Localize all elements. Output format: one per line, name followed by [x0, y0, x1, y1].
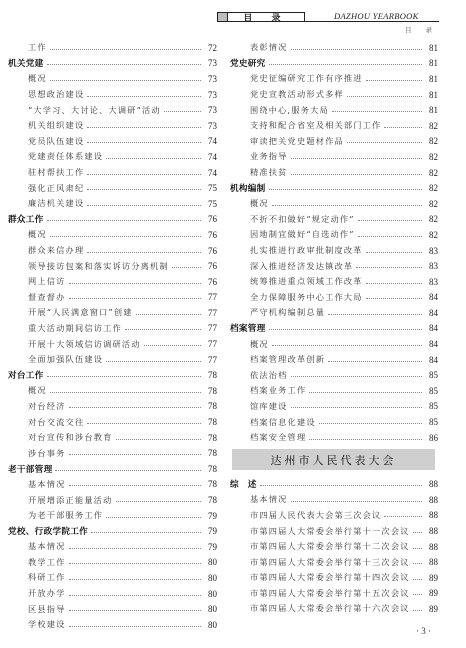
toc-page-number: 84: [422, 339, 438, 349]
toc-section-entry[interactable]: 党校、行政学院工作79: [8, 523, 217, 539]
toc-entry-title: 市第四届人大常委会举行第十四次会议: [230, 572, 413, 583]
dot-leader: [69, 548, 201, 549]
dot-leader: [144, 345, 201, 346]
toc-entry[interactable]: 学校建设80: [8, 617, 217, 633]
toc-entry[interactable]: 对台经济78: [8, 399, 217, 415]
toc-entry-title: 全力保障服务中心工作大局: [230, 292, 366, 303]
toc-entry[interactable]: 重大活动期间信访工作77: [8, 321, 217, 337]
toc-page-number: 88: [422, 479, 438, 489]
toc-entry-title: 档案业务工作: [230, 385, 309, 396]
dot-leader: [358, 236, 422, 237]
dot-leader: [164, 111, 201, 112]
toc-entry[interactable]: 对台交流交往78: [8, 414, 217, 430]
toc-entry[interactable]: 工作72: [8, 40, 217, 56]
dot-leader: [319, 423, 422, 424]
toc-entry-title: 基本情况: [8, 479, 69, 490]
dot-leader: [172, 267, 201, 268]
toc-entry-title: 工作: [8, 42, 50, 53]
toc-entry-title: 科研工作: [8, 572, 69, 583]
dot-leader: [291, 158, 422, 159]
toc-entry[interactable]: 依法治档85: [230, 367, 438, 383]
toc-page-number: 86: [422, 433, 438, 443]
toc-page-number: 78: [201, 464, 217, 474]
toc-page-number: 81: [422, 74, 438, 84]
toc-entry[interactable]: 基本情况78: [8, 477, 217, 493]
toc-left-column: 工作72机关党建73概况73思想政治建设73“大学习、大讨论、大调研”活动73机…: [8, 40, 217, 633]
dot-leader: [272, 345, 422, 346]
toc-entry[interactable]: 业务指导82: [230, 149, 438, 165]
toc-page-number: 83: [422, 246, 438, 256]
dot-leader: [347, 142, 422, 143]
dot-leader: [91, 532, 201, 533]
toc-page-number: 77: [201, 355, 217, 365]
toc-entry-title: 机构编制: [230, 182, 269, 194]
toc-page-number: 82: [422, 199, 438, 209]
dot-leader: [69, 626, 201, 627]
toc-page-number: 76: [201, 261, 217, 271]
toc-page-number: 88: [422, 495, 438, 505]
toc-entry[interactable]: 统筹推进重点领域工作改革83: [230, 274, 438, 290]
toc-page-number: 85: [422, 370, 438, 380]
toc-page-number: 74: [201, 168, 217, 178]
dot-leader: [69, 563, 201, 564]
page-number: · 3 ·: [416, 626, 431, 636]
toc-entry-title: 基本情况: [8, 541, 69, 552]
toc-entry[interactable]: 馆库建设85: [230, 399, 438, 415]
toc-entry[interactable]: 对台宣传和涉台教育78: [8, 430, 217, 446]
dot-leader: [69, 485, 201, 486]
toc-section-entry[interactable]: 对台工作78: [8, 367, 217, 383]
toc-entry-title: 对台工作: [8, 369, 47, 381]
toc-page-number: 78: [201, 417, 217, 427]
dot-leader: [332, 111, 422, 112]
toc-entry-title: 概况: [8, 385, 50, 396]
toc-page-number: 81: [422, 58, 438, 68]
toc-page-number: 72: [201, 43, 217, 53]
toc-section-entry[interactable]: 机关党建73: [8, 56, 217, 72]
dot-leader: [309, 439, 422, 440]
header-yearbook-title: DAZHOU YEARBOOK: [334, 11, 419, 21]
toc-right-column: 表彰情况81党史研究81党史征编研究工作有序推进81党史宣教活动形式多样81围绕…: [230, 40, 438, 617]
toc-page-number: 82: [422, 230, 438, 240]
toc-entry-title: 市第四届人大常委会举行第十一次会议: [230, 526, 413, 537]
toc-section-entry[interactable]: 机构编制82: [230, 180, 438, 196]
toc-page-number: 81: [422, 43, 438, 53]
dot-leader: [87, 423, 201, 424]
toc-entry[interactable]: 市第四届人大常委会举行第十一次会议88: [230, 523, 438, 539]
toc-entry[interactable]: 开展“人民满意窗口”创建77: [8, 305, 217, 321]
dot-leader: [366, 283, 422, 284]
toc-page-number: 79: [201, 526, 217, 536]
dot-leader: [260, 485, 422, 486]
toc-entry[interactable]: 群众来信办理76: [8, 243, 217, 259]
toc-page-number: 73: [201, 90, 217, 100]
toc-page-number: 88: [422, 526, 438, 536]
toc-page-number: 81: [422, 90, 438, 100]
toc-page-number: 80: [201, 604, 217, 614]
toc-page-number: 78: [201, 370, 217, 380]
toc-entry-title: 对台宣传和涉台教育: [8, 432, 116, 443]
dot-leader: [269, 329, 422, 330]
dot-leader: [87, 205, 201, 206]
dot-leader: [384, 516, 422, 517]
toc-entry-title: 档案管理: [230, 322, 269, 334]
toc-page-number: 73: [201, 105, 217, 115]
dot-leader: [413, 610, 422, 611]
dot-leader: [347, 96, 422, 97]
toc-entry[interactable]: 党员队伍建设74: [8, 134, 217, 150]
toc-page-number: 82: [422, 183, 438, 193]
toc-page-number: 80: [201, 620, 217, 630]
toc-entry[interactable]: 开展增添正能量活动78: [8, 492, 217, 508]
toc-entry-title: 基本情况: [230, 494, 291, 505]
dot-leader: [47, 64, 201, 65]
toc-entry-title: “大学习、大讨论、大调研”活动: [8, 105, 164, 116]
dot-leader: [366, 298, 422, 299]
toc-page-number: 82: [422, 136, 438, 146]
toc-page-number: 83: [422, 261, 438, 271]
dot-leader: [291, 376, 422, 377]
toc-entry[interactable]: 支持和配合省室及相关部门工作82: [230, 118, 438, 134]
toc-entry[interactable]: 基本情况79: [8, 539, 217, 555]
toc-entry[interactable]: 党史宣教活动形式多样81: [230, 87, 438, 103]
toc-entry-title: 市第四届人大常委会举行第十五次会议: [230, 588, 413, 599]
toc-entry-title: 综 述: [230, 478, 260, 490]
toc-entry-title: 业务指导: [230, 151, 291, 162]
toc-entry[interactable]: 市第四届人大常委会举行第十四次会议89: [230, 570, 438, 586]
dot-leader: [136, 314, 201, 315]
dot-leader: [328, 314, 422, 315]
toc-section-entry[interactable]: 综 述88: [230, 476, 438, 492]
toc-entry-title: 档案管理改革创新: [230, 354, 328, 365]
dot-leader: [87, 96, 201, 97]
toc-entry-title: 概况: [230, 339, 272, 350]
toc-entry-title: 党史研究: [230, 57, 269, 69]
dot-leader: [87, 189, 201, 190]
toc-entry-title: 市第四届人大常委会举行第十三次会议: [230, 557, 413, 568]
toc-entry-title: 强化正风肃纪: [8, 183, 87, 194]
toc-entry[interactable]: 基本情况88: [230, 492, 438, 508]
toc-entry-title: 档案安全管理: [230, 432, 309, 443]
toc-entry-title: 开放办学: [8, 588, 69, 599]
toc-page-number: 85: [422, 417, 438, 427]
toc-entry[interactable]: 驻村帮扶工作74: [8, 165, 217, 181]
toc-entry-title: 精准扶贫: [230, 167, 291, 178]
toc-entry-title: 涉台事务: [8, 448, 69, 459]
dot-leader: [413, 579, 422, 580]
dot-leader: [69, 283, 201, 284]
toc-entry[interactable]: 督查督办77: [8, 290, 217, 306]
toc-entry-title: 严守机构编制总量: [230, 307, 328, 318]
dot-leader: [69, 407, 201, 408]
dot-leader: [125, 329, 201, 330]
dot-leader: [366, 252, 422, 253]
toc-entry-title: 党建责任体系建设: [8, 151, 106, 162]
toc-entry-title: 党史宣教活动形式多样: [230, 89, 347, 100]
dot-leader: [269, 64, 422, 65]
dot-leader: [50, 392, 201, 393]
toc-page-number: 83: [422, 277, 438, 287]
header-section-label: 目 录: [405, 25, 438, 34]
dot-leader: [413, 532, 422, 533]
toc-entry-title: 督查督办: [8, 292, 69, 303]
toc-entry-title: 概况: [230, 198, 272, 209]
toc-entry-title: 党校、行政学院工作: [8, 525, 91, 537]
toc-section-entry[interactable]: 党史研究81: [230, 56, 438, 72]
toc-page-number: 77: [201, 292, 217, 302]
toc-entry[interactable]: 开展十大领域信访调研活动77: [8, 336, 217, 352]
dot-leader: [50, 80, 201, 81]
toc-entry-title: 学校建设: [8, 619, 69, 630]
dot-leader: [291, 174, 422, 175]
toc-entry[interactable]: 机关组织建设73: [8, 118, 217, 134]
dot-leader: [358, 220, 422, 221]
toc-entry[interactable]: 市第四届人大常委会举行第十五次会议89: [230, 586, 438, 602]
toc-entry[interactable]: 概况84: [230, 336, 438, 352]
toc-section-entry[interactable]: 档案管理84: [230, 321, 438, 337]
dot-leader: [50, 49, 201, 50]
toc-page-number: 84: [422, 355, 438, 365]
toc-entry-title: 开展十大领域信访调研活动: [8, 339, 144, 350]
toc-entry[interactable]: 不折不扣做好“规定动作”82: [230, 212, 438, 228]
dot-leader: [291, 501, 422, 502]
toc-entry-title: 档案信息化建设: [230, 417, 319, 428]
dot-leader: [69, 595, 201, 596]
dot-leader: [413, 594, 422, 595]
toc-page-number: 84: [422, 292, 438, 302]
dot-leader: [106, 158, 201, 159]
toc-entry[interactable]: 党史征编研究工作有序推进81: [230, 71, 438, 87]
toc-page-number: 80: [201, 589, 217, 599]
toc-entry[interactable]: 档案安全管理86: [230, 430, 438, 446]
toc-page-number: 89: [422, 573, 438, 583]
toc-page-number: 77: [201, 339, 217, 349]
dot-leader: [55, 470, 201, 471]
toc-page-number: 84: [422, 323, 438, 333]
toc-page-number: 75: [201, 199, 217, 209]
toc-entry-title: 廉洁机关建设: [8, 198, 87, 209]
toc-page-number: 73: [201, 74, 217, 84]
dot-leader: [309, 392, 422, 393]
toc-entry-title: 扎实推进行政审批制度改革: [230, 245, 366, 256]
toc-entry-title: 群众来信办理: [8, 245, 87, 256]
toc-page-number: 85: [422, 386, 438, 396]
toc-entry[interactable]: 审读把关党史题材作品82: [230, 134, 438, 150]
toc-entry[interactable]: 精准扶贫82: [230, 165, 438, 181]
toc-entry[interactable]: 廉洁机关建设75: [8, 196, 217, 212]
toc-page-number: 81: [422, 105, 438, 115]
toc-page-number: 75: [201, 183, 217, 193]
toc-entry[interactable]: “大学习、大讨论、大调研”活动73: [8, 102, 217, 118]
toc-page-number: 76: [201, 214, 217, 224]
toc-entry-title: 网上信访: [8, 276, 69, 287]
toc-page-number: 76: [201, 230, 217, 240]
toc-entry-title: 区县指导: [8, 604, 69, 615]
toc-entry[interactable]: 市四届人民代表大会第三次会议88: [230, 508, 438, 524]
toc-page-number: 82: [422, 152, 438, 162]
toc-page-number: 77: [201, 323, 217, 333]
toc-page-number: 78: [201, 479, 217, 489]
toc-page-number: 82: [422, 121, 438, 131]
dot-leader: [384, 127, 422, 128]
toc-entry[interactable]: 档案业务工作85: [230, 383, 438, 399]
toc-entry-title: 老干部管理: [8, 463, 55, 475]
toc-entry[interactable]: 严守机构编制总量84: [230, 305, 438, 321]
toc-entry-title: 党史征编研究工作有序推进: [230, 73, 366, 84]
toc-entry[interactable]: 概况78: [8, 383, 217, 399]
header-title: 目 录: [228, 11, 304, 24]
toc-entry-title: 市第四届人大常委会举行第十二次会议: [230, 541, 413, 552]
toc-entry-title: 思想政治建设: [8, 89, 87, 100]
toc-entry-title: 重大活动期间信访工作: [8, 323, 125, 334]
toc-page-number: 77: [201, 308, 217, 318]
dot-leader: [269, 189, 422, 190]
dot-leader: [87, 252, 201, 253]
toc-entry[interactable]: 深入推进经济发达镇改革83: [230, 258, 438, 274]
toc-entry[interactable]: 因地制宜做好“自选动作”82: [230, 227, 438, 243]
toc-page-number: 74: [201, 136, 217, 146]
toc-page-number: 78: [201, 401, 217, 411]
dot-leader: [106, 517, 201, 518]
dot-leader: [69, 454, 201, 455]
toc-entry-title: 全面加强队伍建设: [8, 354, 106, 365]
toc-entry-title: 统筹推进重点领域工作改革: [230, 276, 366, 287]
toc-page-number: 78: [201, 433, 217, 443]
toc-page-number: 79: [201, 511, 217, 521]
toc-page-number: 88: [422, 557, 438, 567]
toc-entry-title: 领导接访包案和落实诉访分离机制: [8, 261, 172, 272]
toc-entry-title: 支持和配合省室及相关部门工作: [230, 120, 384, 131]
toc-entry[interactable]: 全面加强队伍建设77: [8, 352, 217, 368]
toc-entry[interactable]: 全力保障服务中心工作大局84: [230, 290, 438, 306]
toc-page-number: 80: [201, 573, 217, 583]
dot-leader: [50, 236, 201, 237]
toc-entry-title: 开展“人民满意窗口”创建: [8, 307, 136, 318]
toc-entry-title: 围绕中心,服务大局: [230, 105, 332, 116]
toc-entry[interactable]: 科研工作80: [8, 570, 217, 586]
toc-page-number: 88: [422, 510, 438, 520]
toc-page-number: 73: [201, 121, 217, 131]
toc-entry-title: 不折不扣做好“规定动作”: [230, 214, 358, 225]
toc-entry-title: 党员队伍建设: [8, 136, 87, 147]
toc-entry[interactable]: 围绕中心,服务大局81: [230, 102, 438, 118]
toc-entry[interactable]: 市第四届人大常委会举行第十三次会议88: [230, 554, 438, 570]
dot-leader: [291, 49, 422, 50]
toc-entry-title: 对台交流交往: [8, 417, 87, 428]
toc-entry[interactable]: 网上信访76: [8, 274, 217, 290]
dot-leader: [116, 439, 202, 440]
dot-leader: [69, 298, 201, 299]
toc-page-number: 78: [201, 448, 217, 458]
toc-page-number: 80: [201, 557, 217, 567]
toc-page-number: 82: [422, 168, 438, 178]
toc-page-number: 84: [422, 308, 438, 318]
dot-leader: [272, 205, 422, 206]
dot-leader: [413, 563, 422, 564]
dot-leader: [356, 267, 422, 268]
toc-entry-title: 因地制宜做好“自选动作”: [230, 229, 358, 240]
dot-leader: [413, 548, 422, 549]
toc-entry-title: 表彰情况: [230, 42, 291, 53]
toc-entry[interactable]: 区县指导80: [8, 601, 217, 617]
toc-entry-title: 概况: [8, 73, 50, 84]
toc-entry-title: 依法治档: [230, 370, 291, 381]
dot-leader: [366, 80, 422, 81]
toc-entry-title: 教学工作: [8, 557, 69, 568]
toc-entry[interactable]: 涉台事务78: [8, 445, 217, 461]
toc-entry-title: 馆库建设: [230, 401, 291, 412]
toc-entry-title: 群众工作: [8, 213, 47, 225]
dot-leader: [328, 361, 422, 362]
toc-section-entry[interactable]: 老干部管理78: [8, 461, 217, 477]
toc-page-number: 74: [201, 152, 217, 162]
toc-page-number: 76: [201, 246, 217, 256]
toc-entry-title: 深入推进经济发达镇改革: [230, 261, 356, 272]
toc-page-number: 73: [201, 58, 217, 68]
toc-entry[interactable]: 开放办学80: [8, 586, 217, 602]
toc-entry[interactable]: 思想政治建设73: [8, 87, 217, 103]
toc-page-number: 89: [422, 588, 438, 598]
toc-entry[interactable]: 强化正风肃纪75: [8, 180, 217, 196]
toc-entry[interactable]: 教学工作80: [8, 555, 217, 571]
dot-leader: [47, 376, 201, 377]
dot-leader: [69, 579, 201, 580]
toc-entry-title: 对台经济: [8, 401, 69, 412]
toc-page-number: 78: [201, 495, 217, 505]
dot-leader: [87, 174, 201, 175]
toc-page-number: 89: [422, 604, 438, 614]
dot-leader: [106, 361, 201, 362]
dot-leader: [87, 142, 201, 143]
toc-page-number: 79: [201, 542, 217, 552]
toc-entry-title: 市第四届人大常委会举行第十六次会议: [230, 603, 413, 614]
toc-entry[interactable]: 概况73: [8, 71, 217, 87]
toc-page-number: 78: [201, 386, 217, 396]
toc-page-number: 85: [422, 401, 438, 411]
toc-section-entry[interactable]: 群众工作76: [8, 212, 217, 228]
toc-page-number: 88: [422, 542, 438, 552]
toc-entry[interactable]: 档案信息化建设85: [230, 414, 438, 430]
toc-entry-title: 概况: [8, 229, 50, 240]
dot-leader: [116, 501, 202, 502]
toc-entry[interactable]: 领导接访包案和落实诉访分离机制76: [8, 258, 217, 274]
toc-entry[interactable]: 市第四届人大常委会举行第十二次会议88: [230, 539, 438, 555]
section-banner: 达州市人民代表大会: [232, 449, 435, 470]
toc-entry[interactable]: 档案管理改革创新84: [230, 352, 438, 368]
toc-entry[interactable]: 扎实推进行政审批制度改革83: [230, 243, 438, 259]
toc-entry-title: 机关党建: [8, 57, 47, 69]
toc-entry-title: 为老干部服务工作: [8, 510, 106, 521]
toc-entry-title: 驻村帮扶工作: [8, 167, 87, 178]
toc-entry[interactable]: 表彰情况81: [230, 40, 438, 56]
toc-entry[interactable]: 概况76: [8, 227, 217, 243]
toc-page-number: 82: [422, 214, 438, 224]
toc-entry-title: 机关组织建设: [8, 120, 87, 131]
dot-leader: [47, 220, 201, 221]
toc-entry[interactable]: 市第四届人大常委会举行第十六次会议89: [230, 601, 438, 617]
dot-leader: [87, 127, 201, 128]
toc-entry[interactable]: 党建责任体系建设74: [8, 149, 217, 165]
dot-leader: [69, 610, 201, 611]
dot-leader: [291, 407, 422, 408]
toc-entry[interactable]: 概况82: [230, 196, 438, 212]
toc-entry[interactable]: 为老干部服务工作79: [8, 508, 217, 524]
toc-page-number: 76: [201, 277, 217, 287]
header-rule: [217, 21, 439, 22]
toc-entry-title: 开展增添正能量活动: [8, 495, 116, 506]
toc-entry-title: 市四届人民代表大会第三次会议: [230, 510, 384, 521]
toc-entry-title: 审读把关党史题材作品: [230, 136, 347, 147]
